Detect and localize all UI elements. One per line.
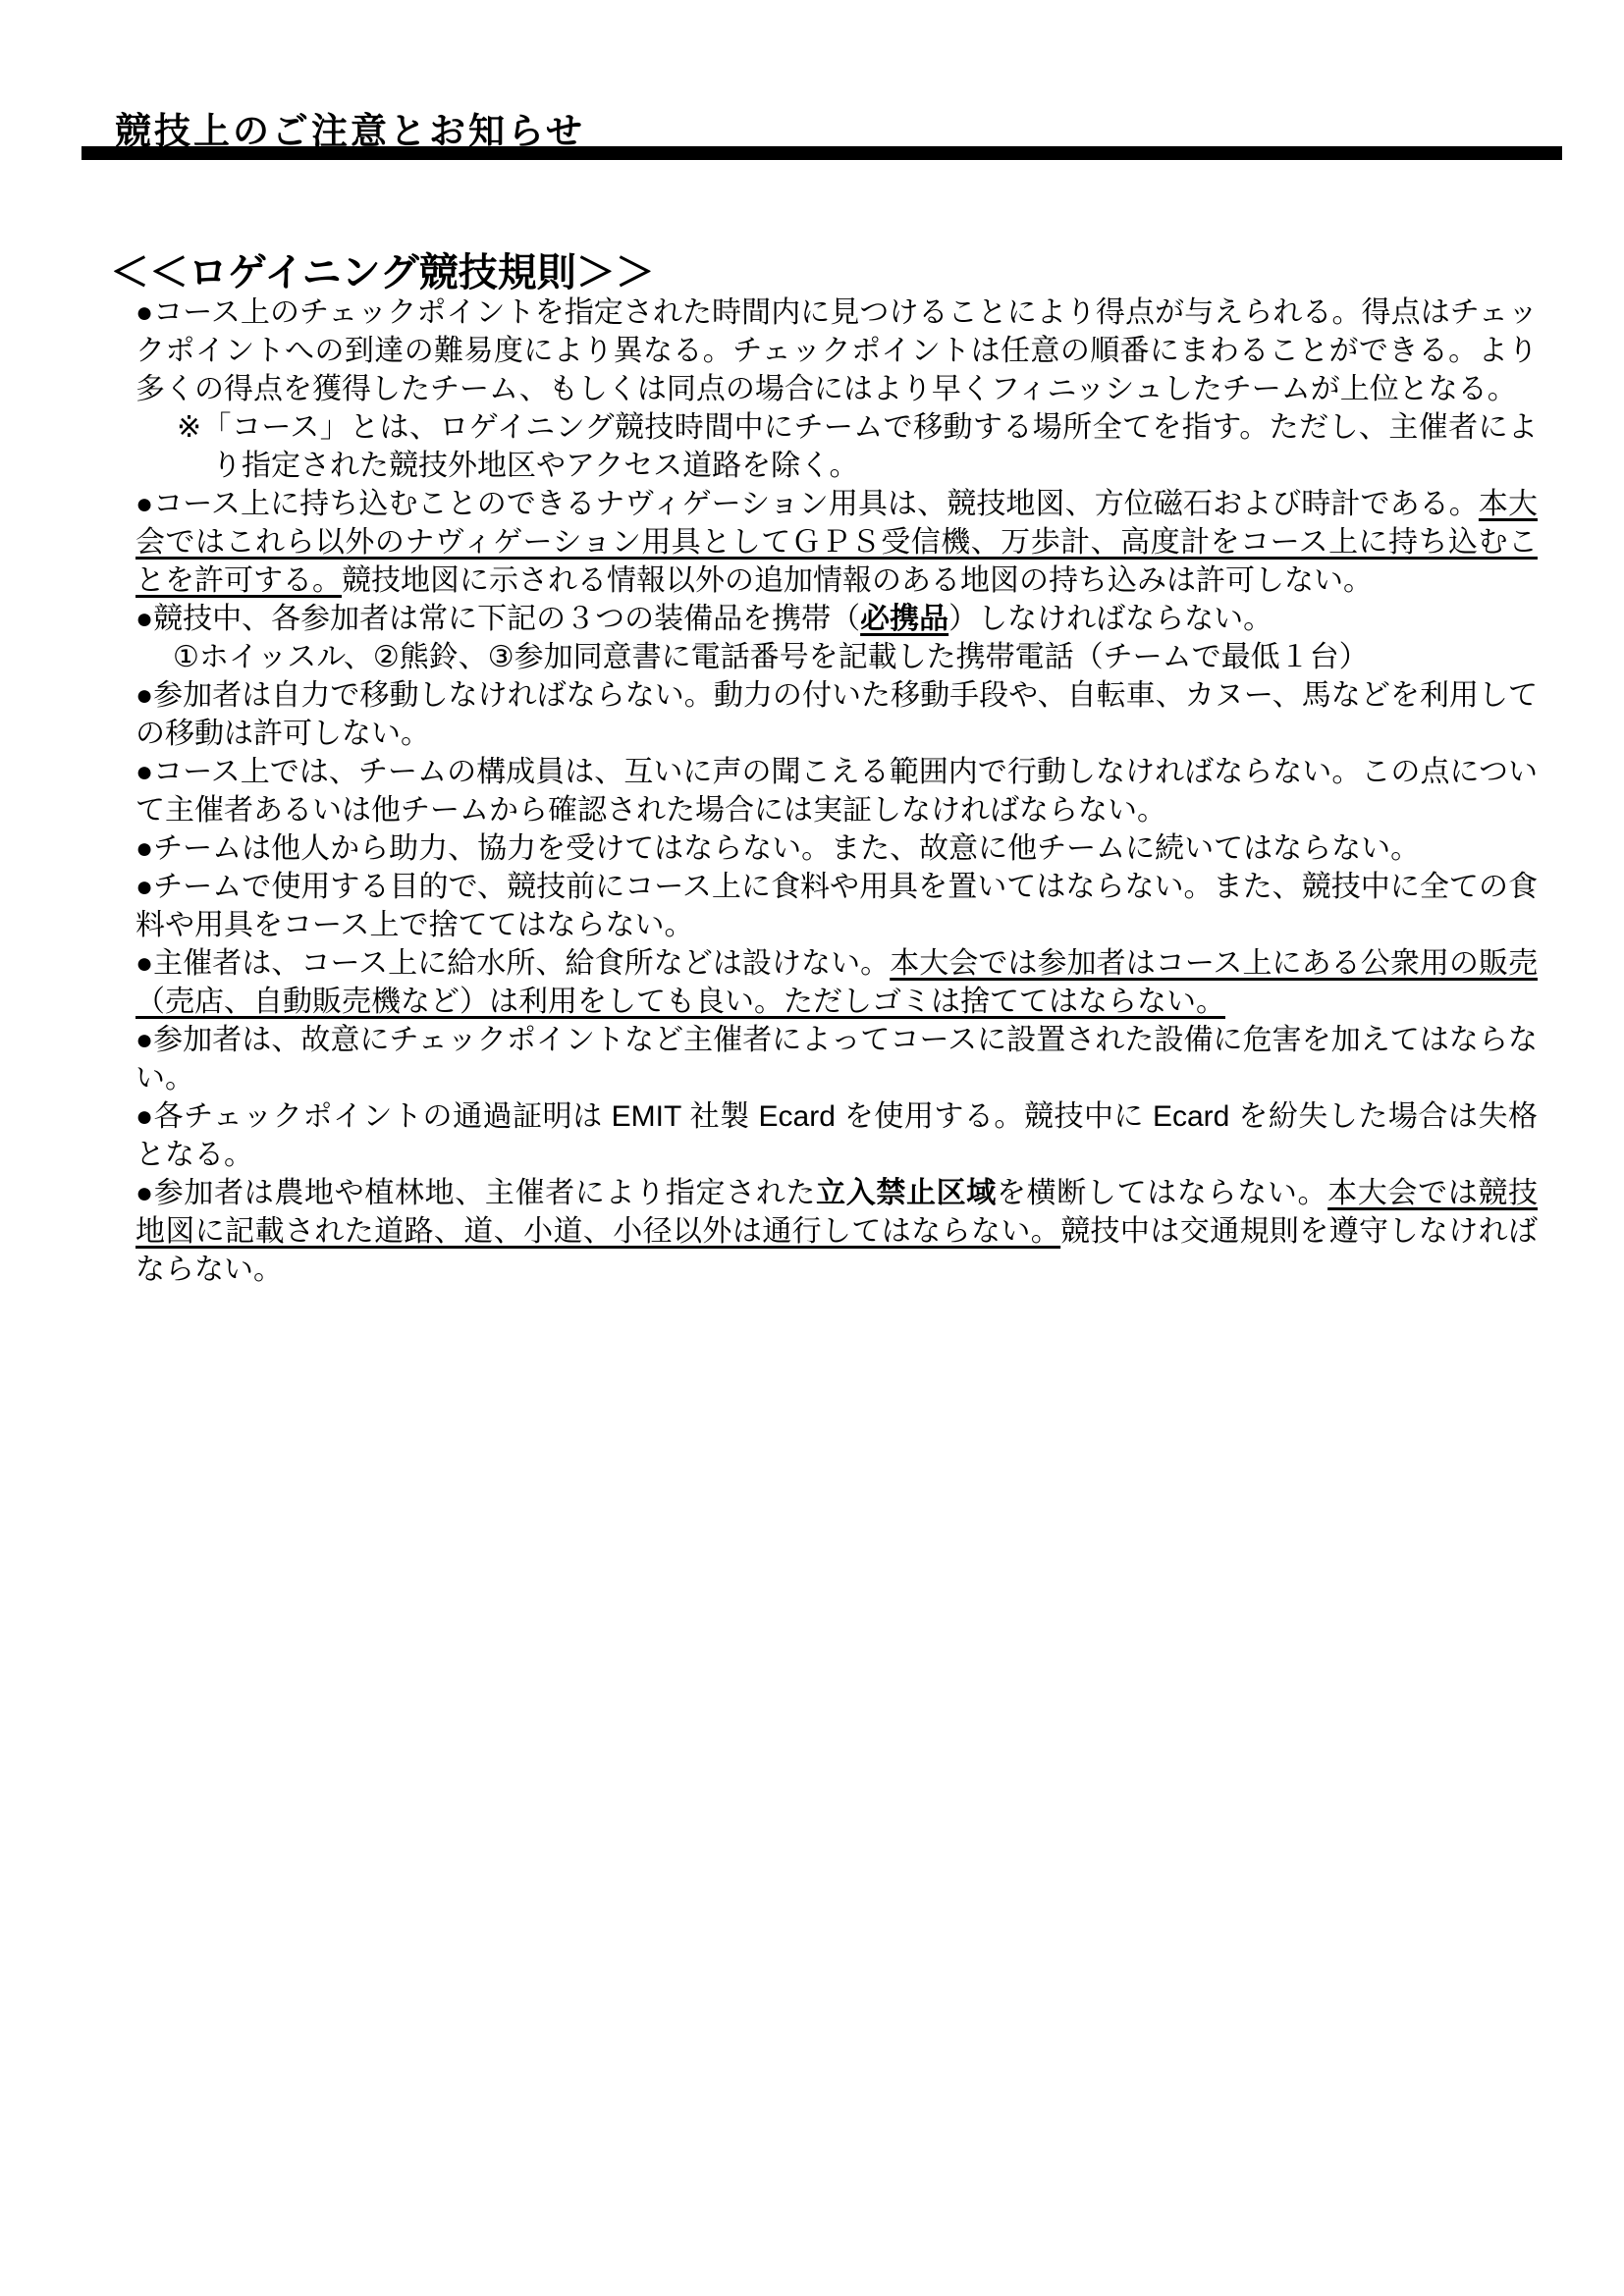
rule-paragraph: ●コース上では、チームの構成員は、互いに声の聞こえる範囲内で行動しなければならな… xyxy=(135,753,1538,829)
rules-list: ●コース上のチェックポイントを指定された時間内に見つけることにより得点が与えられ… xyxy=(135,294,1538,1289)
text-run: ●チームで使用する目的で、競技前にコース上に食料や用具を置いてはならない。また、… xyxy=(135,871,1538,941)
rule-paragraph: ●主催者は、コース上に給水所、給食所などは設けない。本大会では参加者はコース上に… xyxy=(135,944,1538,1021)
rule-paragraph: ①ホイッスル、②熊鈴、③参加同意書に電話番号を記載した携帯電話（チームで最低１台… xyxy=(135,638,1538,676)
text-run: ●参加者は農地や植林地、主催者により指定された xyxy=(135,1177,816,1209)
text-run: ●コース上に持ち込むことのできるナヴィゲーション用具は、競技地図、方位磁石および… xyxy=(135,488,1479,520)
text-run: 競技地図に示される情報以外の追加情報のある地図の持ち込みは許可しない。 xyxy=(342,564,1373,597)
text-run: ●参加者は自力で移動しなければならない。動力の付いた移動手段や、自転車、カヌー、… xyxy=(135,679,1538,750)
header-underline-bar xyxy=(81,146,1562,160)
text-run: 立入禁止区域 xyxy=(816,1177,997,1209)
text-run: ●チームは他人から助力、協力を受けてはならない。また、故意に他チームに続いてはな… xyxy=(135,832,1420,865)
text-run: ●競技中、各参加者は常に下記の３つの装備品を携帯（ xyxy=(135,603,860,635)
text-run: 必携品 xyxy=(860,603,948,635)
text-run: ●コース上のチェックポイントを指定された時間内に見つけることにより得点が与えられ… xyxy=(135,296,1538,405)
rule-paragraph: ●競技中、各参加者は常に下記の３つの装備品を携帯（必携品）しなければならない。 xyxy=(135,600,1538,638)
rule-paragraph: ●チームは他人から助力、協力を受けてはならない。また、故意に他チームに続いてはな… xyxy=(135,829,1538,868)
rule-paragraph: ●参加者は農地や植林地、主催者により指定された立入禁止区域を横断してはならない。… xyxy=(135,1174,1538,1289)
text-run: ）しなければならない。 xyxy=(948,603,1272,635)
text-run: ①ホイッスル、②熊鈴、③参加同意書に電話番号を記載した携帯電話（チームで最低１台… xyxy=(173,641,1369,673)
text-run: ●各チェックポイントの通過証明は EMIT 社製 Ecard を使用する。競技中… xyxy=(135,1100,1538,1171)
text-run: ●コース上では、チームの構成員は、互いに声の聞こえる範囲内で行動しなければならな… xyxy=(135,756,1538,827)
rule-paragraph: ●参加者は、故意にチェックポイントなど主催者によってコースに設置された設備に危害… xyxy=(135,1021,1538,1097)
rule-paragraph: ※「コース」とは、ロゲイニング競技時間中にチームで移動する場所全てを指す。ただし… xyxy=(135,408,1538,485)
text-run: ●主催者は、コース上に給水所、給食所などは設けない。 xyxy=(135,947,890,980)
text-run: ●参加者は、故意にチェックポイントなど主催者によってコースに設置された設備に危害… xyxy=(135,1024,1538,1095)
rule-paragraph: ●各チェックポイントの通過証明は EMIT 社製 Ecard を使用する。競技中… xyxy=(135,1097,1538,1174)
section-title-rogaining-rules: ＜＜ロゲイニング競技規則＞＞ xyxy=(110,241,655,297)
text-run: を横断してはならない。 xyxy=(997,1177,1327,1209)
rule-paragraph: ●チームで使用する目的で、競技前にコース上に食料や用具を置いてはならない。また、… xyxy=(135,868,1538,944)
rule-paragraph: ●参加者は自力で移動しなければならない。動力の付いた移動手段や、自転車、カヌー、… xyxy=(135,676,1538,753)
rule-paragraph: ●コース上に持ち込むことのできるナヴィゲーション用具は、競技地図、方位磁石および… xyxy=(135,485,1538,600)
rule-paragraph: ●コース上のチェックポイントを指定された時間内に見つけることにより得点が与えられ… xyxy=(135,294,1538,408)
document-page: 競技上のご注意とお知らせ ＜＜ロゲイニング競技規則＞＞ ●コース上のチェックポイ… xyxy=(0,0,1624,2296)
text-run: ※「コース」とは、ロゲイニング競技時間中にチームで移動する場所全てを指す。ただし… xyxy=(177,411,1538,482)
